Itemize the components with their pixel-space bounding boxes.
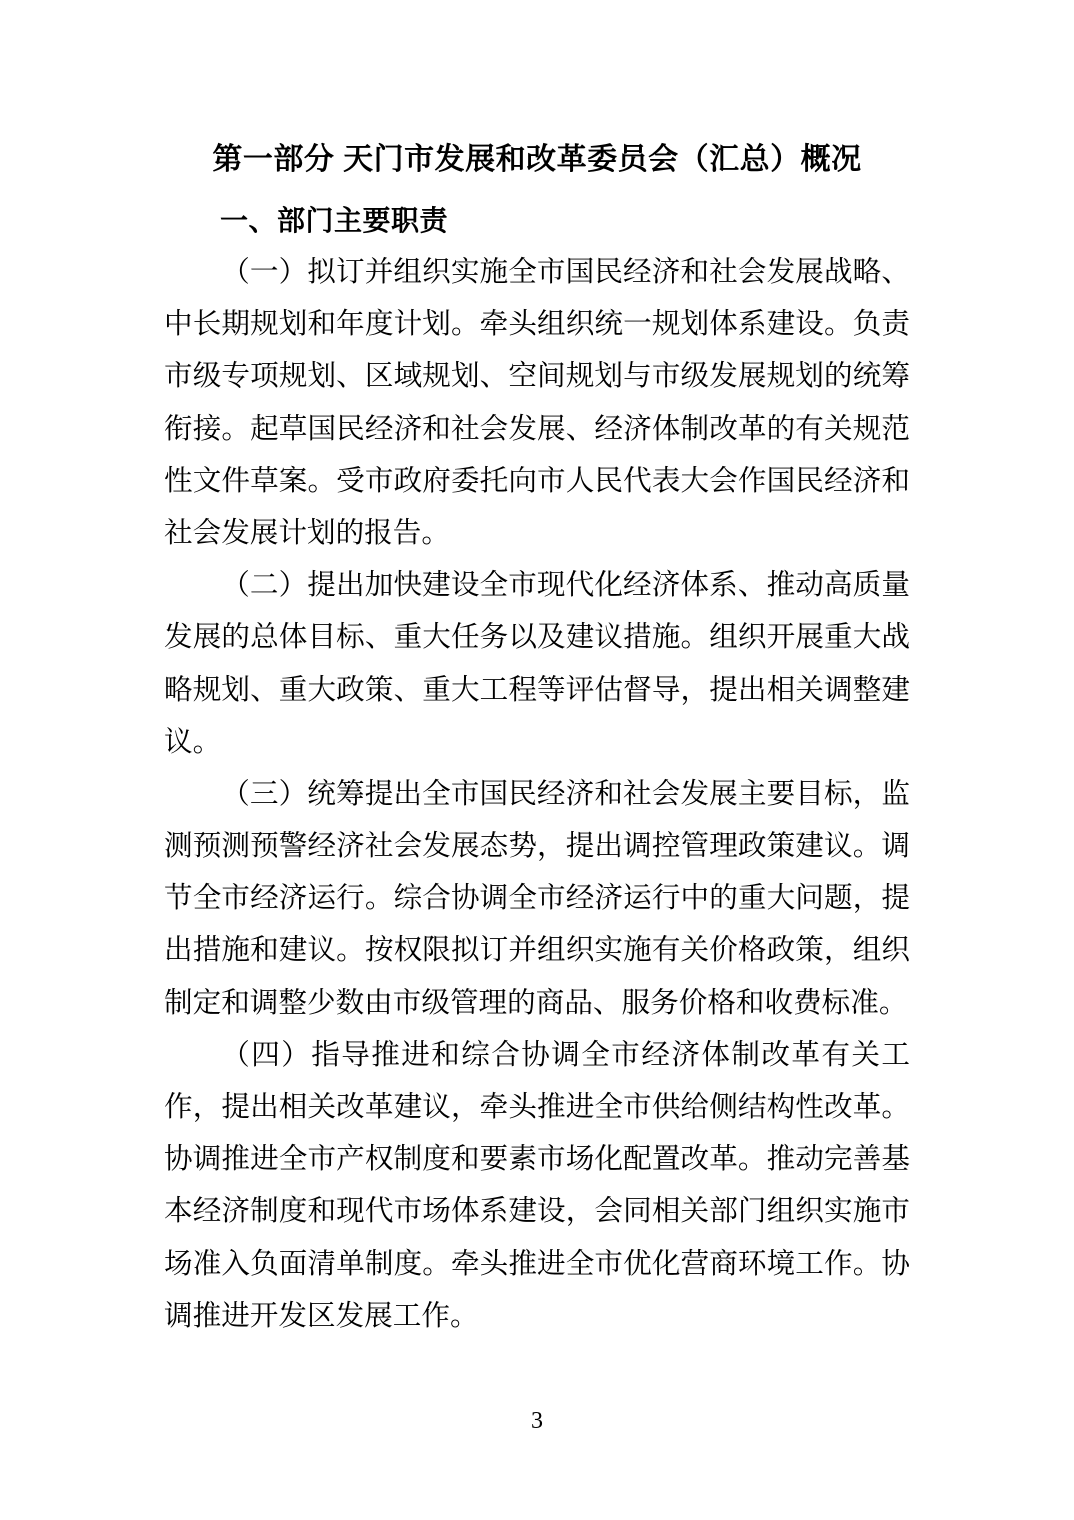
text-line: （一）拟订并组织实施全市国民经济和社会发展战略、 (164, 247, 910, 299)
text-line: 场准入负面清单制度。牵头推进全市优化营商环境工作。协 (164, 1239, 910, 1291)
paragraph-3: （三）统筹提出全市国民经济和社会发展主要目标，监 测预测预警经济社会发展态势，提… (164, 769, 910, 1030)
page-footer: 3 (0, 1406, 1074, 1436)
document-page: 第一部分 天门市发展和改革委员会（汇总）概况 一、部门主要职责 （一）拟订并组织… (0, 0, 1074, 1520)
text-line: 市级专项规划、区域规划、空间规划与市级发展规划的统筹 (164, 351, 910, 403)
document-content: 第一部分 天门市发展和改革委员会（汇总）概况 一、部门主要职责 （一）拟订并组织… (164, 0, 910, 1343)
text-line: （二）提出加快建设全市现代化经济体系、推动高质量 (164, 560, 910, 612)
section-heading: 一、部门主要职责 (164, 194, 910, 247)
text-line: 议。 (164, 717, 910, 769)
text-line: 衔接。起草国民经济和社会发展、经济体制改革的有关规范 (164, 404, 910, 456)
text-line: 中长期规划和年度计划。牵头组织统一规划体系建设。负责 (164, 299, 910, 351)
text-line: 发展的总体目标、重大任务以及建议措施。组织开展重大战 (164, 612, 910, 664)
text-line: 本经济制度和现代市场体系建设，会同相关部门组织实施市 (164, 1186, 910, 1238)
text-line: 调推进开发区发展工作。 (164, 1291, 910, 1343)
page-number: 3 (531, 1408, 543, 1434)
text-line: 性文件草案。受市政府委托向市人民代表大会作国民经济和 (164, 456, 910, 508)
text-line: 制定和调整少数由市级管理的商品、服务价格和收费标准。 (164, 978, 910, 1030)
text-line: （三）统筹提出全市国民经济和社会发展主要目标，监 (164, 769, 910, 821)
text-line: 社会发展计划的报告。 (164, 508, 910, 560)
text-line: （四）指导推进和综合协调全市经济体制改革有关工 (164, 1030, 910, 1082)
paragraph-1: （一）拟订并组织实施全市国民经济和社会发展战略、 中长期规划和年度计划。牵头组织… (164, 247, 910, 560)
text-line: 出措施和建议。按权限拟订并组织实施有关价格政策，组织 (164, 925, 910, 977)
document-body: （一）拟订并组织实施全市国民经济和社会发展战略、 中长期规划和年度计划。牵头组织… (164, 247, 910, 1343)
text-line: 作，提出相关改革建议，牵头推进全市供给侧结构性改革。 (164, 1082, 910, 1134)
document-title: 第一部分 天门市发展和改革委员会（汇总）概况 (164, 133, 910, 186)
paragraph-2: （二）提出加快建设全市现代化经济体系、推动高质量 发展的总体目标、重大任务以及建… (164, 560, 910, 769)
paragraph-4: （四）指导推进和综合协调全市经济体制改革有关工 作，提出相关改革建议，牵头推进全… (164, 1030, 910, 1343)
text-line: 测预测预警经济社会发展态势，提出调控管理政策建议。调 (164, 821, 910, 873)
text-line: 略规划、重大政策、重大工程等评估督导，提出相关调整建 (164, 665, 910, 717)
text-line: 协调推进全市产权制度和要素市场化配置改革。推动完善基 (164, 1134, 910, 1186)
text-line: 节全市经济运行。综合协调全市经济运行中的重大问题，提 (164, 873, 910, 925)
